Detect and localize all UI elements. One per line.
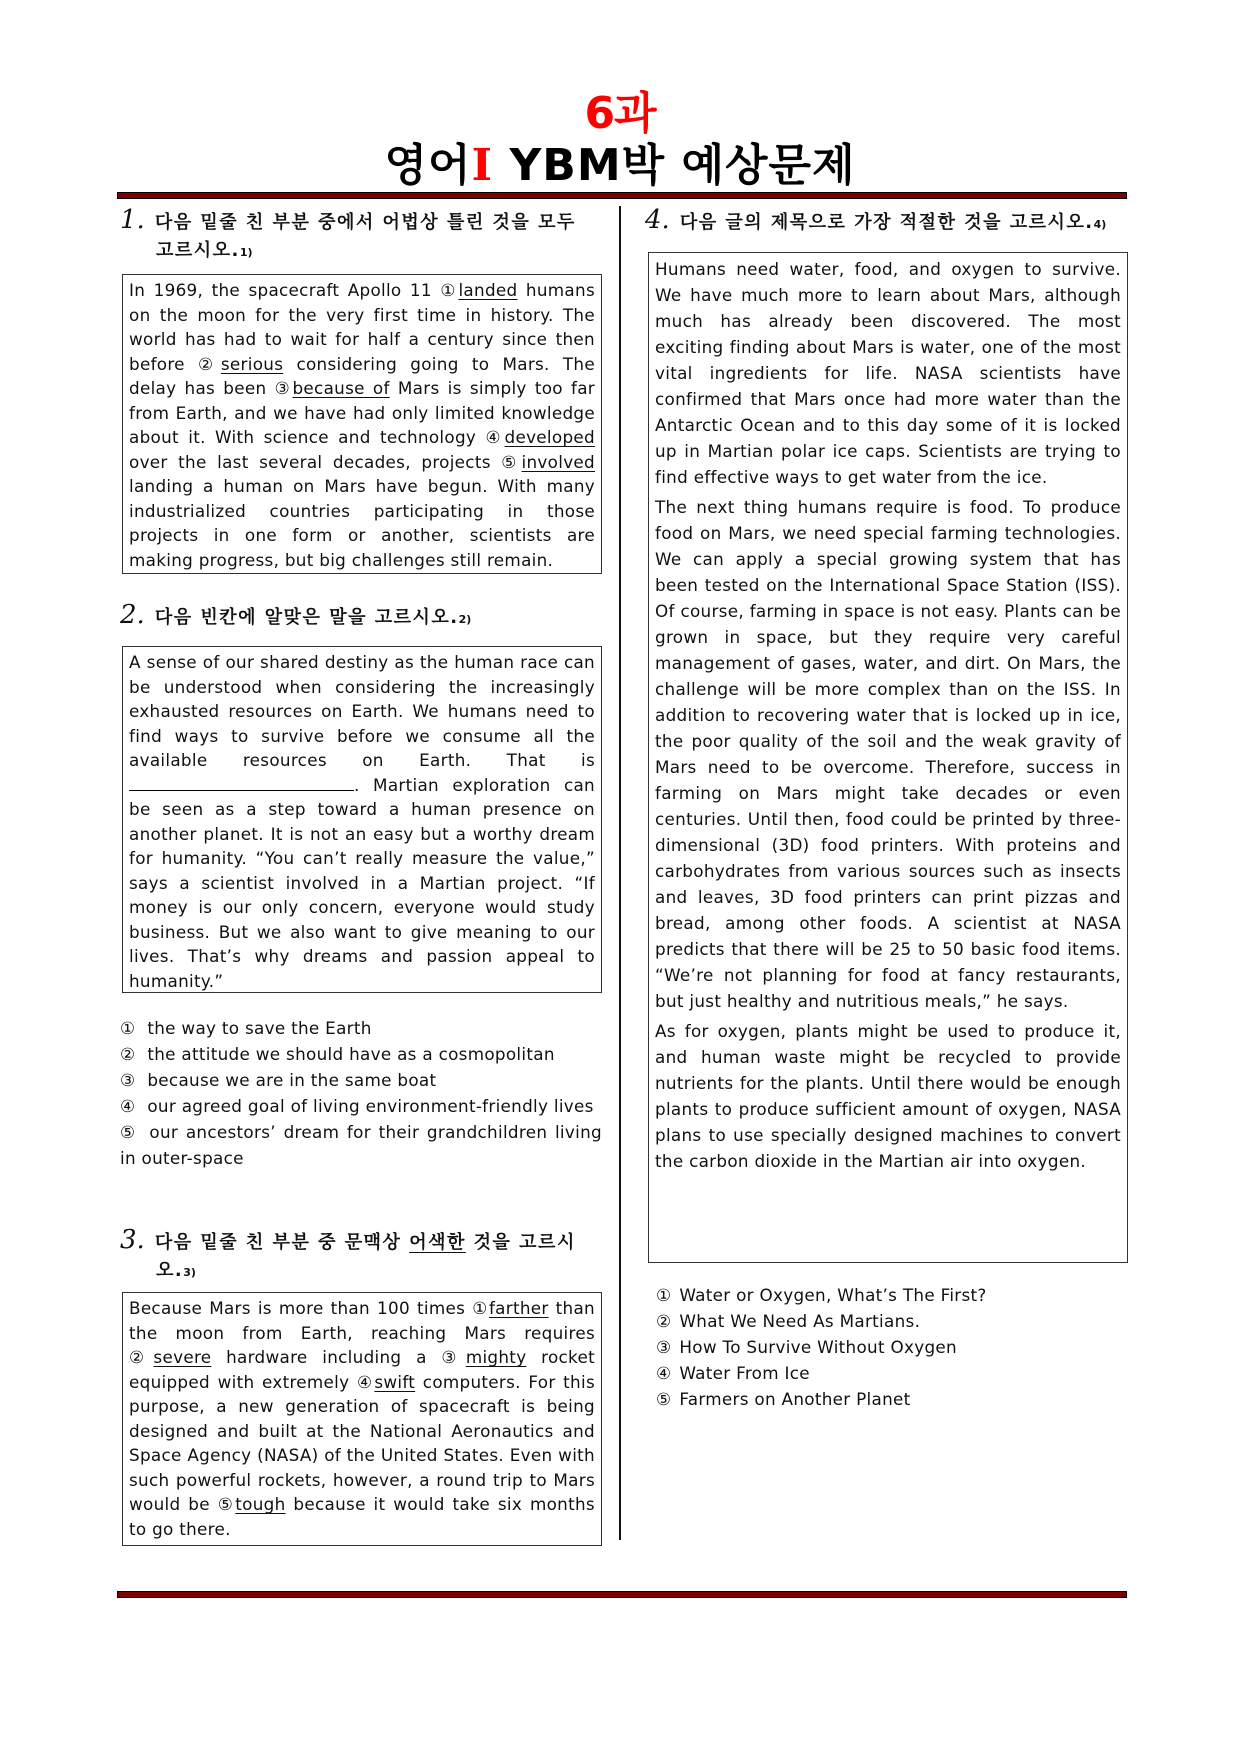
header-divider-bar xyxy=(117,192,1127,199)
footnote-marker: 1) xyxy=(240,246,253,259)
marker-1: ① xyxy=(440,280,458,300)
prompt-text: 것을 고르시 xyxy=(466,1232,576,1253)
question-1-prompt: 1.다음 밑줄 친 부분 중에서 어법상 틀린 것을 모두 고르시오.1) xyxy=(120,206,600,267)
title-roman-numeral: I xyxy=(472,140,494,191)
marker-2: ② xyxy=(129,1347,153,1367)
prompt-text: 다음 빈칸에 알맞은 말을 고르시오. xyxy=(155,607,459,628)
marker-2: ② xyxy=(198,354,221,374)
prompt-text: 오. xyxy=(120,1260,183,1281)
marker-4: ④ xyxy=(485,427,504,447)
footnote-marker: 2) xyxy=(459,613,472,626)
option-3[interactable]: ③How To Survive Without Oxygen xyxy=(656,1334,1116,1360)
question-number: 1. xyxy=(120,205,145,235)
option-1[interactable]: ①Water or Oxygen, What’s The First? xyxy=(656,1282,1116,1308)
prompt-text: 다음 글의 제목으로 가장 적절한 것을 고르시오. xyxy=(680,212,1094,233)
column-divider xyxy=(619,206,621,1540)
prompt-text: 고르시오. xyxy=(120,240,240,261)
option-2[interactable]: ②What We Need As Martians. xyxy=(656,1308,1116,1334)
marker-1: ① xyxy=(472,1298,489,1318)
option-4[interactable]: ④Water From Ice xyxy=(656,1360,1116,1386)
marker-3: ③ xyxy=(441,1347,465,1367)
underlined-choice-4: developed xyxy=(505,427,596,447)
underlined-choice-3: because of xyxy=(292,378,389,398)
prompt-text: 다음 밑줄 친 부분 중 문맥상 xyxy=(155,1232,409,1253)
footer-divider-bar xyxy=(117,1591,1127,1598)
question-number: 3. xyxy=(120,1225,145,1255)
underlined-choice-2: serious xyxy=(221,354,283,374)
passage-paragraph-1: Humans need water, food, and oxygen to s… xyxy=(655,256,1121,490)
option-2[interactable]: ②the attitude we should have as a cosmop… xyxy=(120,1041,602,1067)
question-number: 2. xyxy=(120,600,145,630)
question-number: 4. xyxy=(645,205,670,235)
underlined-choice-4: swift xyxy=(374,1372,415,1392)
option-5[interactable]: ⑤Farmers on Another Planet xyxy=(656,1386,1116,1412)
marker-4: ④ xyxy=(357,1372,374,1392)
underlined-choice-1: landed xyxy=(458,280,517,300)
question-3-prompt: 3.다음 밑줄 친 부분 중 문맥상 어색한 것을 고르시 오.3) xyxy=(120,1226,600,1287)
question-2-options: ①the way to save the Earth ②the attitude… xyxy=(120,1015,602,1171)
marker-5: ⑤ xyxy=(501,452,521,472)
question-4-passage: Humans need water, food, and oxygen to s… xyxy=(648,252,1128,1263)
underlined-choice-3: mighty xyxy=(466,1347,527,1367)
option-3[interactable]: ③because we are in the same boat xyxy=(120,1067,602,1093)
footnote-marker: 3) xyxy=(183,1266,196,1279)
question-1-passage: In 1969, the spacecraft Apollo 11 ①lande… xyxy=(122,274,602,574)
prompt-text: 다음 밑줄 친 부분 중에서 어법상 틀린 것을 모두 xyxy=(155,212,576,233)
underlined-choice-5: involved xyxy=(522,452,595,472)
lesson-title: 6과 xyxy=(0,88,1240,140)
question-4-prompt: 4.다음 글의 제목으로 가장 적절한 것을 고르시오.4) xyxy=(645,206,1125,239)
footnote-marker: 4) xyxy=(1094,218,1107,231)
title-suffix: YBM박 예상문제 xyxy=(493,140,855,191)
page-title: 영어I YBM박 예상문제 xyxy=(0,140,1240,192)
passage-paragraph-3: As for oxygen, plants might be used to p… xyxy=(655,1018,1121,1174)
answer-blank xyxy=(129,776,354,791)
underlined-choice-2: severe xyxy=(153,1347,211,1367)
option-4[interactable]: ④our agreed goal of living environment-f… xyxy=(120,1093,602,1119)
emphasized-word: 어색한 xyxy=(409,1232,466,1253)
title-prefix: 영어 xyxy=(385,140,472,191)
underlined-choice-1: farther xyxy=(489,1298,549,1318)
underlined-choice-5: tough xyxy=(235,1494,285,1514)
option-5[interactable]: ⑤our ancestors’ dream for their grandchi… xyxy=(120,1119,602,1171)
marker-5: ⑤ xyxy=(218,1494,236,1514)
passage-paragraph-2: The next thing humans require is food. T… xyxy=(655,494,1121,1014)
question-2-prompt: 2.다음 빈칸에 알맞은 말을 고르시오.2) xyxy=(120,601,600,634)
option-1[interactable]: ①the way to save the Earth xyxy=(120,1015,602,1041)
marker-3: ③ xyxy=(275,378,293,398)
question-3-passage: Because Mars is more than 100 times ①far… xyxy=(122,1292,602,1546)
question-2-passage: A sense of our shared destiny as the hum… xyxy=(122,646,602,993)
question-4-options: ①Water or Oxygen, What’s The First? ②Wha… xyxy=(656,1282,1116,1412)
